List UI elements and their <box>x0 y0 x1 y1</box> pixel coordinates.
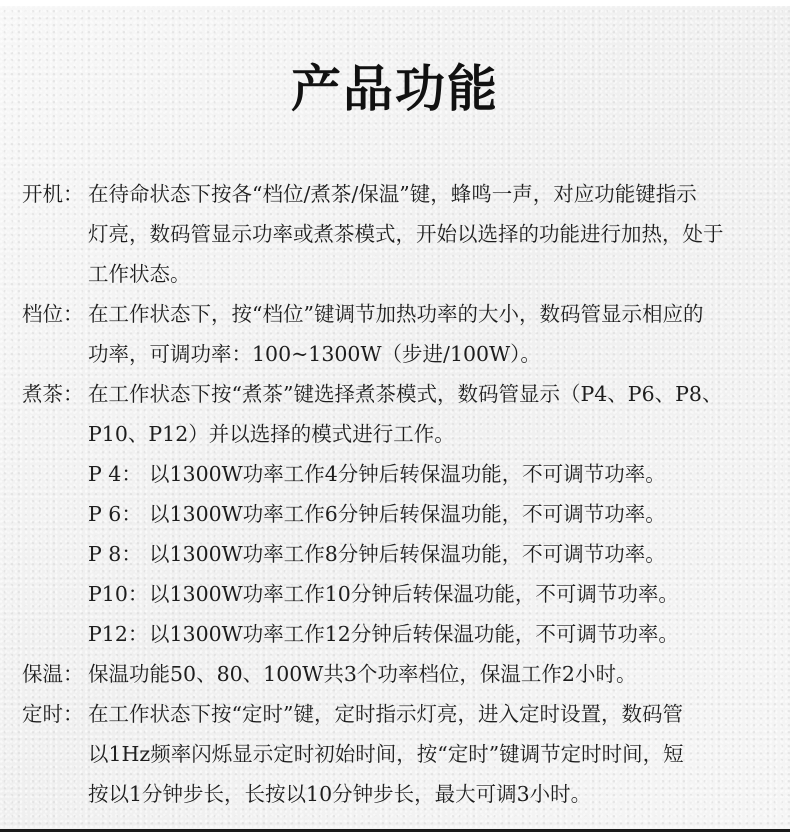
body-line: 保温功能50、80、100W共3个功率档位，保温工作2小时。 <box>88 654 782 694</box>
section-timer: 定时： 在工作状态下按“定时”键，定时指示灯亮，进入定时设置，数码管 以1Hz频… <box>22 694 782 814</box>
body-line: 在工作状态下，按“档位”键调节加热功率的大小，数码管显示相应的 <box>88 294 782 334</box>
mode-description: 以1300W功率工作6分钟后转保温功能，不可调节功率。 <box>149 494 666 534</box>
section-body: 在待命状态下按各“档位/煮茶/保温”键，蜂鸣一声，对应功能键指示 灯亮，数码管显… <box>88 174 782 294</box>
mode-code: P10： <box>88 574 149 614</box>
tea-mode-row: P 4： 以1300W功率工作4分钟后转保温功能，不可调节功率。 <box>88 454 782 494</box>
body-line: 在工作状态下按“定时”键，定时指示灯亮，进入定时设置，数码管 <box>88 694 782 734</box>
body-line: 在待命状态下按各“档位/煮茶/保温”键，蜂鸣一声，对应功能键指示 <box>88 174 782 214</box>
section-power-on: 开机： 在待命状态下按各“档位/煮茶/保温”键，蜂鸣一声，对应功能键指示 灯亮，… <box>22 174 782 294</box>
mode-description: 以1300W功率工作8分钟后转保温功能，不可调节功率。 <box>149 534 666 574</box>
body-line: 在工作状态下按“煮茶”键选择煮茶模式，数码管显示（P4、P6、P8、 <box>88 374 782 414</box>
body-line: 功率，可调功率：100~1300W（步进/100W）。 <box>88 334 782 374</box>
mode-code: P 6： <box>88 494 149 534</box>
section-body: 保温功能50、80、100W共3个功率档位，保温工作2小时。 <box>88 654 782 694</box>
tea-mode-row: P 6： 以1300W功率工作6分钟后转保温功能，不可调节功率。 <box>88 494 782 534</box>
section-keep-warm: 保温： 保温功能50、80、100W共3个功率档位，保温工作2小时。 <box>22 654 782 694</box>
page-title: 产品功能 <box>0 56 790 122</box>
mode-code: P12： <box>88 614 149 654</box>
section-label: 保温： <box>22 654 88 694</box>
top-border-strip <box>0 0 790 6</box>
tea-mode-row: P12： 以1300W功率工作12分钟后转保温功能，不可调节功率。 <box>88 614 782 654</box>
tea-mode-row: P10： 以1300W功率工作10分钟后转保温功能，不可调节功率。 <box>88 574 782 614</box>
section-body: 在工作状态下按“煮茶”键选择煮茶模式，数码管显示（P4、P6、P8、 P10、P… <box>88 374 782 654</box>
section-tea-mode: 煮茶： 在工作状态下按“煮茶”键选择煮茶模式，数码管显示（P4、P6、P8、 P… <box>22 374 782 654</box>
section-label: 档位： <box>22 294 88 334</box>
body-line: 工作状态。 <box>88 254 782 294</box>
section-body: 在工作状态下按“定时”键，定时指示灯亮，进入定时设置，数码管 以1Hz频率闪烁显… <box>88 694 782 814</box>
section-body: 在工作状态下，按“档位”键调节加热功率的大小，数码管显示相应的 功率，可调功率：… <box>88 294 782 374</box>
mode-code: P 4： <box>88 454 149 494</box>
section-power-level: 档位： 在工作状态下，按“档位”键调节加热功率的大小，数码管显示相应的 功率，可… <box>22 294 782 374</box>
section-label: 定时： <box>22 694 88 734</box>
body-line: 灯亮，数码管显示功率或煮茶模式，开始以选择的功能进行加热，处于 <box>88 214 782 254</box>
section-label: 开机： <box>22 174 88 214</box>
body-line: P10、P12）并以选择的模式进行工作。 <box>88 414 782 454</box>
section-label: 煮茶： <box>22 374 88 414</box>
body-line: 按以1分钟步长，长按以10分钟步长，最大可调3小时。 <box>88 774 782 814</box>
mode-code: P 8： <box>88 534 149 574</box>
feature-list: 开机： 在待命状态下按各“档位/煮茶/保温”键，蜂鸣一声，对应功能键指示 灯亮，… <box>22 174 782 814</box>
mode-description: 以1300W功率工作4分钟后转保温功能，不可调节功率。 <box>149 454 666 494</box>
mode-description: 以1300W功率工作12分钟后转保温功能，不可调节功率。 <box>149 614 679 654</box>
mode-description: 以1300W功率工作10分钟后转保温功能，不可调节功率。 <box>149 574 679 614</box>
tea-mode-row: P 8： 以1300W功率工作8分钟后转保温功能，不可调节功率。 <box>88 534 782 574</box>
body-line: 以1Hz频率闪烁显示定时初始时间，按“定时”键调节定时时间，短 <box>88 734 782 774</box>
